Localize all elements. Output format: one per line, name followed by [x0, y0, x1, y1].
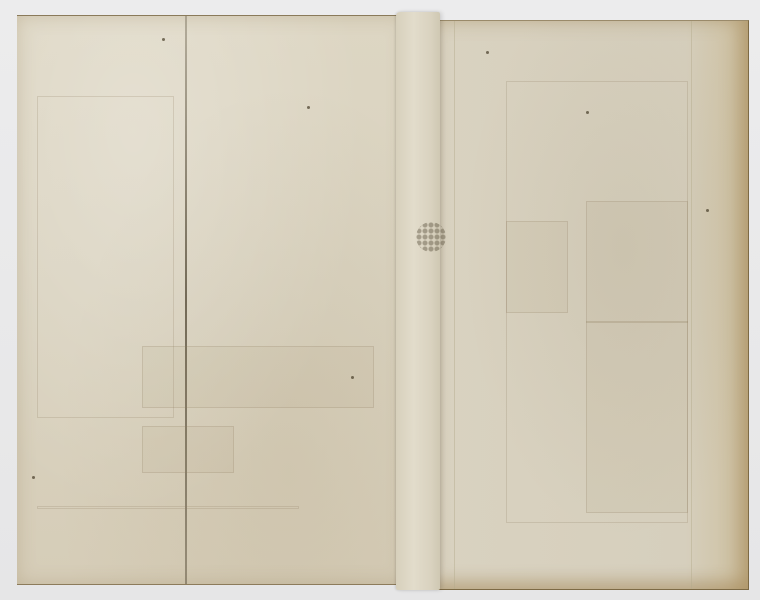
show-through-ornament: [142, 346, 374, 408]
binding-strip: [396, 12, 440, 590]
show-through-ornament: [506, 221, 568, 313]
show-through-rule: [37, 506, 299, 509]
foxing-spot: [486, 51, 489, 54]
show-through-ornament: [586, 321, 688, 513]
left-paper-leaf: [17, 15, 405, 585]
foxing-spot: [706, 209, 709, 212]
foxing-spot: [32, 476, 35, 479]
foxing-spot: [162, 38, 165, 41]
margin-rule: [691, 21, 692, 589]
vertical-fold-line: [185, 16, 187, 584]
foxing-spot: [351, 376, 354, 379]
show-through-ornament: [586, 201, 688, 323]
margin-rule: [454, 21, 455, 589]
stain-mark: [416, 222, 446, 252]
foxing-spot: [586, 111, 589, 114]
foxing-spot: [307, 106, 310, 109]
right-paper-leaf: [436, 20, 749, 590]
show-through-ornament: [142, 426, 234, 473]
